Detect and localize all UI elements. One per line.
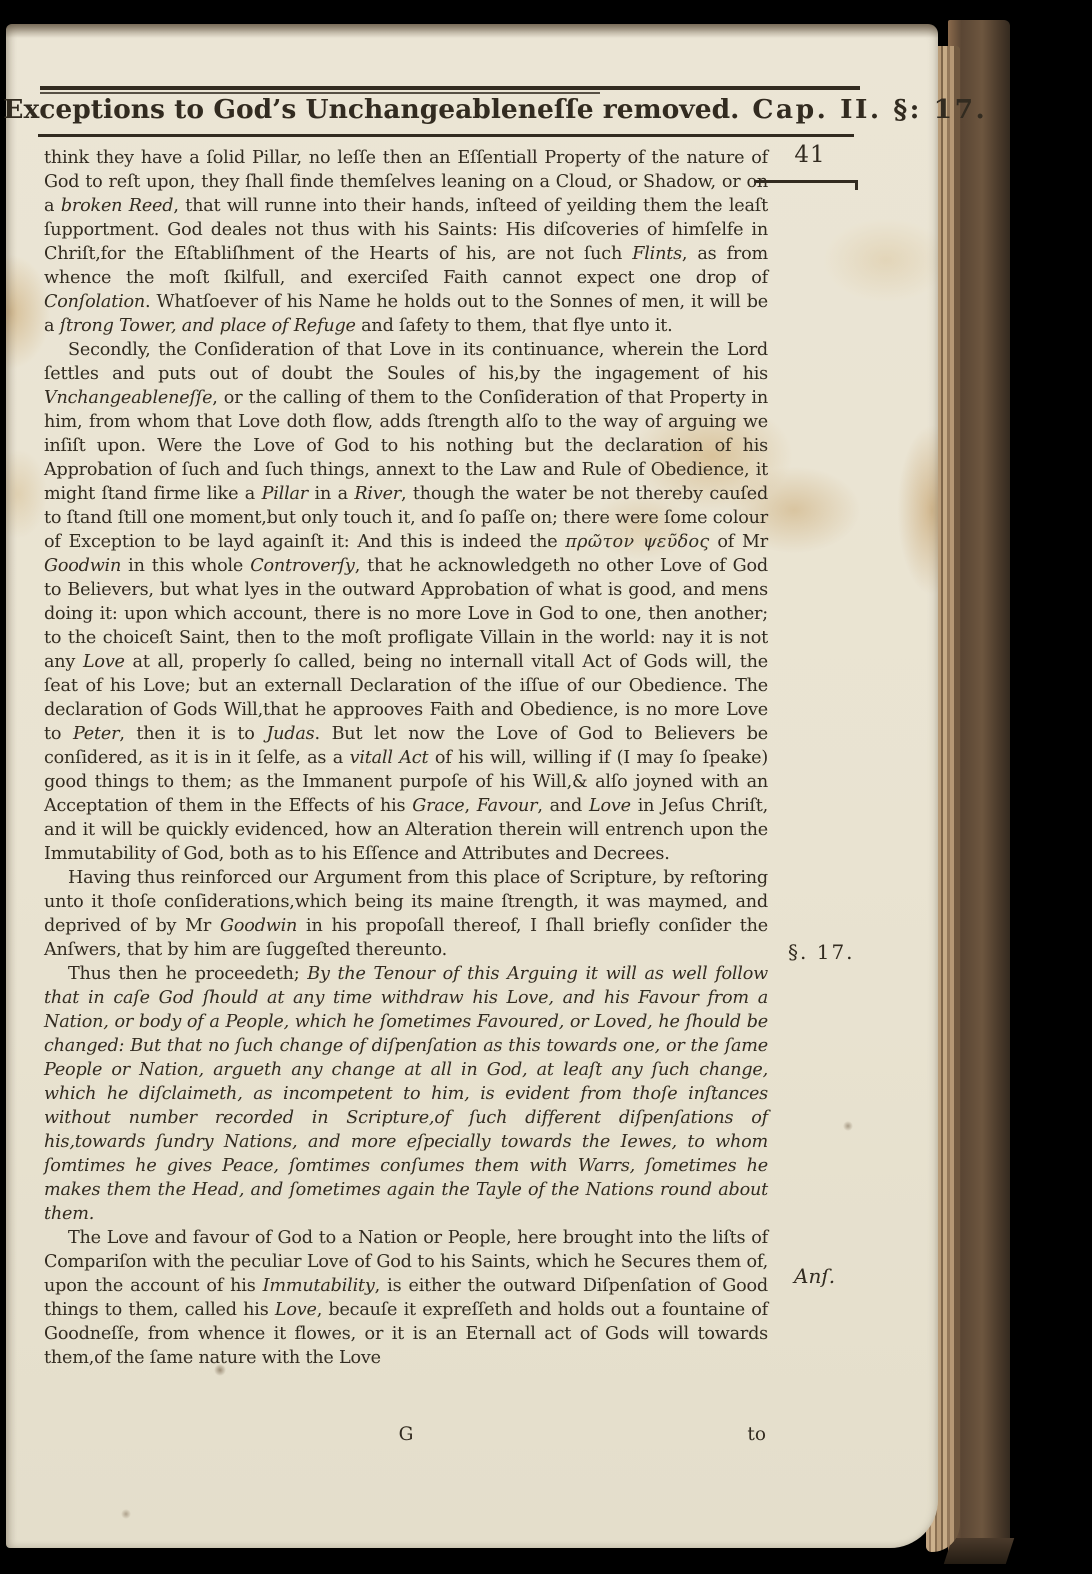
head-rule-bottom	[38, 134, 854, 137]
margin-note-answer: Anſ.	[794, 1264, 835, 1288]
running-head-title: M·G’s Exceptions to God’s Unchangeablene…	[0, 94, 739, 125]
margin-note-section: §. 17.	[788, 940, 855, 964]
signature-mark: G	[44, 1424, 768, 1445]
head-rule-top	[40, 86, 860, 90]
book-photo: M·G’s Exceptions to God’s Unchangeablene…	[0, 0, 1092, 1574]
paragraph: think they have a ſolid Pillar, no leſſe…	[44, 146, 768, 338]
book-page: M·G’s Exceptions to God’s Unchangeablene…	[6, 24, 938, 1548]
page-number-rule	[754, 180, 858, 183]
paragraph: The Love and favour of God to a Nation o…	[44, 1226, 768, 1370]
catchword: to	[747, 1424, 766, 1445]
paragraph: Having thus reinforced our Argument from…	[44, 866, 768, 962]
paragraph: Thus then he proceedeth; By the Tenour o…	[44, 962, 768, 1226]
running-head: M·G’s Exceptions to God’s Unchangeablene…	[40, 94, 856, 125]
catchline: G to	[44, 1424, 768, 1450]
running-head-chapter: Cap. II. §: 17.	[752, 94, 987, 125]
paragraph: Secondly, the Conſideration of that Love…	[44, 338, 768, 866]
text-column: think they have a ſolid Pillar, no leſſe…	[44, 146, 768, 1370]
page-number: 41	[762, 142, 858, 168]
